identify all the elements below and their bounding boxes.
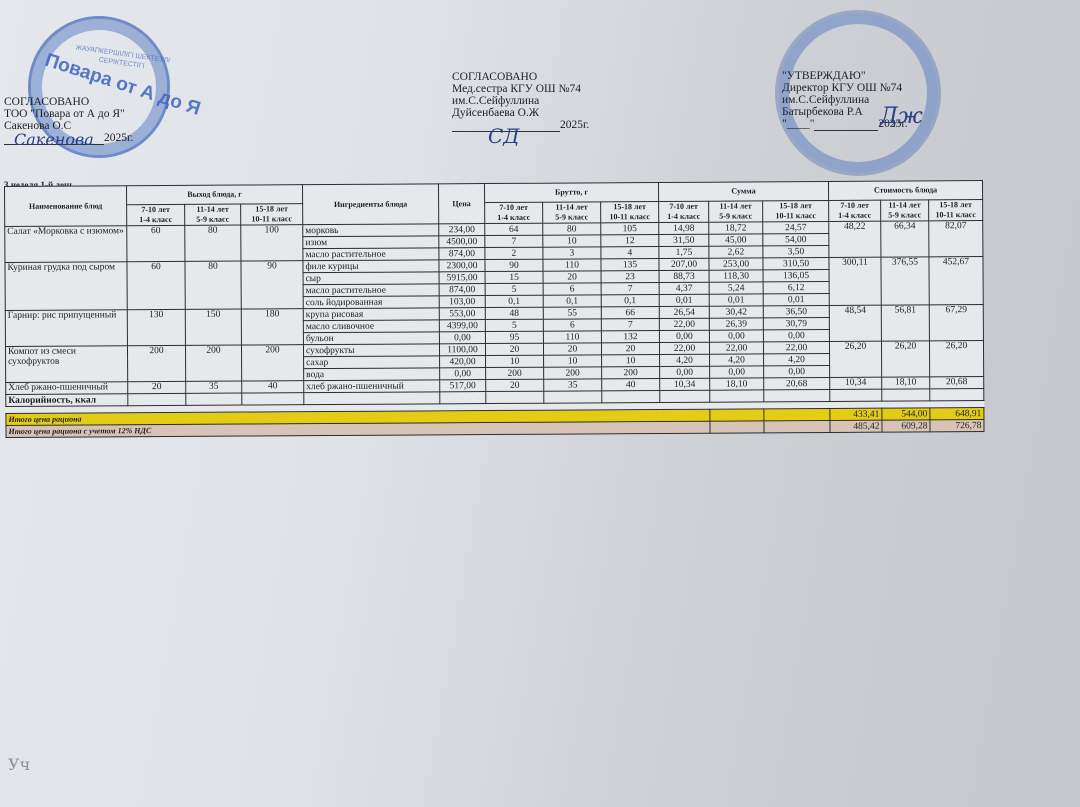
dish-yield: 200 <box>185 345 241 381</box>
ingredient-sum: 26,39 <box>709 318 763 330</box>
approval-heading: СОГЛАСОВАНО <box>4 96 133 108</box>
approval-org: ТОО "Повара от А до Я" <box>4 108 133 120</box>
ingredient-price: 103,00 <box>439 296 485 308</box>
ingredient-sum: 14,98 <box>659 222 709 234</box>
ingredient-name: масло растительное <box>303 248 439 261</box>
ingredient-brutto: 64 <box>485 223 543 235</box>
ingredient-brutto: 12 <box>601 235 659 247</box>
ingredient-sum: 118,30 <box>709 270 763 282</box>
dish-cost: 300,11 <box>829 257 881 305</box>
ingredient-sum: 310,50 <box>763 257 829 269</box>
ingredient-sum: 36,50 <box>763 305 829 317</box>
ingredient-price: 420,00 <box>440 356 486 368</box>
ingredient-name: масло сливочное <box>303 320 439 333</box>
ingredient-sum: 0,00 <box>764 365 830 377</box>
ingredient-brutto: 7 <box>601 283 659 295</box>
total-ration-vat-value: 726,78 <box>930 420 984 432</box>
ingredient-brutto: 95 <box>485 331 543 343</box>
signature-middle: СД <box>488 124 520 148</box>
dish-cost: 376,55 <box>881 257 929 305</box>
age-label: 15-18 лет <box>243 204 300 214</box>
grade-label: 1-4 класс <box>487 213 540 223</box>
dish-name: Куриная грудка под сыром <box>5 262 127 311</box>
ingredient-sum: 88,73 <box>659 270 709 282</box>
header-ingredients: Ингредиенты блюда <box>302 184 438 225</box>
dish-yield: 200 <box>127 345 185 381</box>
dish-cost: 26,20 <box>829 341 881 377</box>
ingredient-price: 4500,00 <box>439 236 485 248</box>
dish-cost: 452,67 <box>929 257 983 305</box>
ingredient-brutto: 135 <box>601 259 659 271</box>
ingredient-brutto: 7 <box>485 235 543 247</box>
ingredient-brutto: 15 <box>485 271 543 283</box>
ingredient-sum: 20,68 <box>764 377 830 389</box>
approval-heading: "УТВЕРЖДАЮ" <box>782 70 908 82</box>
ingredient-sum: 22,00 <box>659 318 709 330</box>
ingredient-brutto: 200 <box>602 366 660 378</box>
ingredient-brutto: 20 <box>486 379 544 391</box>
ingredient-sum: 31,50 <box>659 234 709 246</box>
approval-date: 2025г. <box>560 119 589 131</box>
ingredient-sum: 10,34 <box>660 378 710 390</box>
ingredient-brutto: 35 <box>544 379 602 391</box>
header-yield-age-0: 7-10 лет1-4 класс <box>127 204 185 225</box>
dish-yield: 100 <box>241 225 303 261</box>
header-sum-age-2: 15-18 лет10-11 класс <box>763 200 829 221</box>
ingredient-brutto: 80 <box>543 223 601 235</box>
grade-label: 10-11 класс <box>243 214 300 224</box>
dish-cost: 20,68 <box>930 377 984 389</box>
approval-middle: СОГЛАСОВАНО Мед.сестра КГУ ОШ №74 им.С.С… <box>452 71 589 132</box>
dish-cost: 48,22 <box>829 221 881 257</box>
ingredient-brutto: 4 <box>601 247 659 259</box>
ingredient-name: вода <box>304 368 440 381</box>
ingredient-sum: 0,01 <box>763 293 829 305</box>
ingredient-name: морковь <box>303 224 439 237</box>
header-yield-age-1: 11-14 лет5-9 класс <box>185 204 241 225</box>
approval-heading: СОГЛАСОВАНО <box>452 71 589 83</box>
ingredient-sum: 0,01 <box>709 294 763 306</box>
ingredient-price: 553,00 <box>439 308 485 320</box>
age-label: 15-18 лет <box>765 201 826 211</box>
ingredient-sum: 18,72 <box>709 222 763 234</box>
ingredient-brutto: 200 <box>486 367 544 379</box>
ingredient-brutto: 6 <box>543 283 601 295</box>
dish-yield: 40 <box>242 381 304 393</box>
ingredient-price: 5915,00 <box>439 272 485 284</box>
dish-yield: 60 <box>127 261 185 309</box>
header-dish-cost: Стоимость блюда <box>828 181 982 201</box>
header-sum: Сумма <box>658 181 828 201</box>
header-yield-age-2: 15-18 лет10-11 класс <box>241 204 303 225</box>
ingredient-brutto: 66 <box>601 306 659 318</box>
ingredient-brutto: 105 <box>601 223 659 235</box>
ingredient-sum: 26,54 <box>659 306 709 318</box>
approval-name-line: им.С.Сейфуллина <box>452 95 589 107</box>
ingredient-price: 874,00 <box>439 284 485 296</box>
ingredient-brutto: 2 <box>485 247 543 259</box>
ingredient-sum: 136,05 <box>763 269 829 281</box>
dish-yield: 20 <box>128 381 186 393</box>
ingredient-brutto: 5 <box>485 319 543 331</box>
dish-yield: 130 <box>127 309 185 345</box>
ingredient-sum: 6,12 <box>763 281 829 293</box>
ingredient-brutto: 48 <box>485 307 543 319</box>
ingredient-name: крупа рисовая <box>303 308 439 321</box>
ingredient-brutto: 7 <box>601 318 659 330</box>
ingredient-sum: 4,20 <box>660 354 710 366</box>
ingredient-sum: 22,00 <box>763 341 829 353</box>
grade-label: 1-4 класс <box>661 212 706 222</box>
ingredient-name: филе курицы <box>303 260 439 273</box>
dish-cost: 48,54 <box>829 305 881 341</box>
ingredient-price: 234,00 <box>439 224 485 236</box>
ingredient-brutto: 20 <box>601 342 659 354</box>
ingredient-name: сахар <box>304 356 440 369</box>
ingredient-price: 874,00 <box>439 248 485 260</box>
ingredient-sum: 253,00 <box>709 258 763 270</box>
ingredient-sum: 1,75 <box>659 246 709 258</box>
header-price: Цена <box>438 184 484 224</box>
ingredient-brutto: 0,1 <box>485 295 543 307</box>
ingredient-brutto: 6 <box>543 319 601 331</box>
dish-cost: 82,07 <box>929 221 983 257</box>
header-brutto-age-2: 15-18 лет10-11 класс <box>601 202 659 223</box>
ingredient-sum: 30,42 <box>709 306 763 318</box>
ingredient-sum: 18,10 <box>710 378 764 390</box>
signature-left: Сакенова <box>14 130 94 149</box>
ingredient-sum: 45,00 <box>709 234 763 246</box>
dish-name: Гарнир: рис припущенный <box>5 310 127 347</box>
age-label: 7-10 лет <box>831 201 878 211</box>
ingredient-brutto: 10 <box>544 355 602 367</box>
total-ration-vat-value: 485,42 <box>830 420 882 432</box>
ingredient-sum: 0,00 <box>709 330 763 342</box>
dish-yield: 90 <box>241 261 303 309</box>
dish-name: Салат «Морковка с изюмом» <box>5 226 127 263</box>
age-label: 7-10 лет <box>487 203 540 213</box>
ingredient-brutto: 200 <box>544 367 602 379</box>
grade-label: 5-9 класс <box>711 211 760 221</box>
ingredient-sum: 22,00 <box>659 342 709 354</box>
ingredient-sum: 0,00 <box>763 329 829 341</box>
ingredient-brutto: 90 <box>485 259 543 271</box>
ingredient-sum: 54,00 <box>763 233 829 245</box>
header-cost-age-1: 11-14 лет5-9 класс <box>881 200 929 221</box>
grade-label: 10-11 класс <box>931 210 980 220</box>
age-label: 15-18 лет <box>603 202 656 212</box>
approval-role: Директор КГУ ОШ №74 <box>782 82 908 94</box>
ingredient-name: сухофрукты <box>303 344 439 357</box>
ingredient-price: 2300,00 <box>439 260 485 272</box>
header-dish-name: Наименование блюд <box>5 186 127 227</box>
ingredient-brutto: 23 <box>601 271 659 283</box>
ingredient-brutto: 20 <box>543 343 601 355</box>
dish-cost: 26,20 <box>881 341 929 377</box>
ingredient-brutto: 110 <box>543 259 601 271</box>
grade-label: 5-9 класс <box>545 212 598 222</box>
ingredient-sum: 4,20 <box>764 353 830 365</box>
ingredient-sum: 30,79 <box>763 317 829 329</box>
age-label: 7-10 лет <box>661 202 706 212</box>
pencil-mark: Уч <box>8 755 30 774</box>
ingredient-sum: 0,00 <box>710 366 764 378</box>
header-yield: Выход блюда, г <box>127 185 303 205</box>
ingredient-name: сыр <box>303 272 439 285</box>
ingredient-brutto: 10 <box>543 235 601 247</box>
header-sum-age-0: 7-10 лет1-4 класс <box>659 201 709 222</box>
dish-cost: 18,10 <box>882 377 930 389</box>
grade-label: 10-11 класс <box>765 211 826 221</box>
ingredient-sum: 4,20 <box>710 354 764 366</box>
grade-label: 5-9 класс <box>883 210 926 220</box>
age-label: 11-14 лет <box>187 205 238 215</box>
dish-name: Компот из смеси сухофруктов <box>5 346 127 383</box>
dish-cost: 26,20 <box>929 341 983 377</box>
header-brutto-age-1: 11-14 лет5-9 класс <box>543 202 601 223</box>
total-ration-value: 433,41 <box>830 408 882 420</box>
ingredient-brutto: 110 <box>543 331 601 343</box>
approval-person: Дуйсенбаева О.Ж <box>452 107 589 119</box>
calories-label: Калорийность, ккал <box>6 394 128 407</box>
dish-yield: 80 <box>185 225 241 261</box>
ingredient-price: 0,00 <box>440 368 486 380</box>
ingredient-price: 517,00 <box>440 380 486 392</box>
age-label: 15-18 лет <box>931 200 980 210</box>
ingredient-brutto: 0,1 <box>543 295 601 307</box>
ingredient-price: 0,00 <box>439 332 485 344</box>
ingredient-brutto: 10 <box>486 355 544 367</box>
total-ration-value: 544,00 <box>882 408 930 420</box>
header-cost-age-0: 7-10 лет1-4 класс <box>829 200 881 221</box>
age-label: 11-14 лет <box>711 201 760 211</box>
dish-cost: 67,29 <box>929 305 983 341</box>
ingredient-name: соль йодированная <box>303 296 439 309</box>
dish-yield: 200 <box>241 345 303 381</box>
dish-cost: 66,34 <box>881 221 929 257</box>
ingredient-sum: 0,01 <box>659 294 709 306</box>
ingredient-sum: 3,50 <box>763 245 829 257</box>
dish-yield: 35 <box>186 381 242 393</box>
ingredient-brutto: 40 <box>602 378 660 390</box>
header-cost-age-2: 15-18 лет10-11 класс <box>929 200 983 221</box>
grade-label: 1-4 класс <box>129 215 182 225</box>
ingredient-sum: 2,62 <box>709 246 763 258</box>
dish-cost: 10,34 <box>830 377 882 389</box>
dish-name: Хлеб ржано-пшеничный <box>6 382 128 395</box>
total-ration-vat-value: 609,28 <box>882 420 930 432</box>
ingredient-sum: 4,37 <box>659 282 709 294</box>
ingredient-sum: 22,00 <box>709 342 763 354</box>
ingredient-brutto: 0,1 <box>601 294 659 306</box>
ingredient-sum: 24,57 <box>763 221 829 233</box>
ingredient-name: масло растительное <box>303 284 439 297</box>
ingredient-sum: 0,00 <box>659 330 709 342</box>
ingredient-name: бульон <box>303 332 439 345</box>
header-brutto: Брутто, г <box>484 183 658 203</box>
dish-yield: 80 <box>185 261 241 309</box>
ingredient-sum: 5,24 <box>709 282 763 294</box>
ingredient-sum: 207,00 <box>659 258 709 270</box>
grade-label: 1-4 класс <box>831 211 878 221</box>
ingredient-price: 4399,00 <box>439 320 485 332</box>
approval-date-prefix: "____" <box>782 118 814 130</box>
age-label: 7-10 лет <box>129 205 182 215</box>
ingredient-brutto: 55 <box>543 307 601 319</box>
ingredient-brutto: 20 <box>543 271 601 283</box>
grade-label: 5-9 класс <box>187 215 238 225</box>
ingredient-brutto: 10 <box>602 354 660 366</box>
ingredient-brutto: 5 <box>485 283 543 295</box>
signature-right: Дж <box>880 104 923 129</box>
ingredient-name: изюм <box>303 236 439 249</box>
menu-table: Наименование блюдВыход блюда, гИнгредиен… <box>4 180 985 438</box>
ingredient-brutto: 132 <box>601 330 659 342</box>
age-label: 11-14 лет <box>545 202 598 212</box>
ingredient-name: хлеб ржано-пшеничный <box>304 380 440 393</box>
approval-role: Мед.сестра КГУ ОШ №74 <box>452 83 589 95</box>
dish-yield: 150 <box>185 309 241 345</box>
ingredient-brutto: 3 <box>543 247 601 259</box>
ingredient-price: 1100,00 <box>439 344 485 356</box>
total-ration-value: 648,91 <box>930 408 984 420</box>
dish-cost: 56,81 <box>881 305 929 341</box>
ingredient-sum: 0,00 <box>660 366 710 378</box>
grade-label: 10-11 класс <box>603 212 656 222</box>
document-page: ЖАУАПКЕРШІЛІГІ ШЕКТЕУЛІ СЕРІКТЕСТІГІ Пов… <box>0 0 1080 807</box>
age-label: 11-14 лет <box>883 200 926 210</box>
dish-yield: 60 <box>127 225 185 261</box>
dish-yield: 180 <box>241 309 303 345</box>
header-brutto-age-0: 7-10 лет1-4 класс <box>485 202 543 223</box>
approval-date: 2025г. <box>104 132 133 144</box>
ingredient-brutto: 20 <box>485 343 543 355</box>
header-sum-age-1: 11-14 лет5-9 класс <box>709 201 763 222</box>
